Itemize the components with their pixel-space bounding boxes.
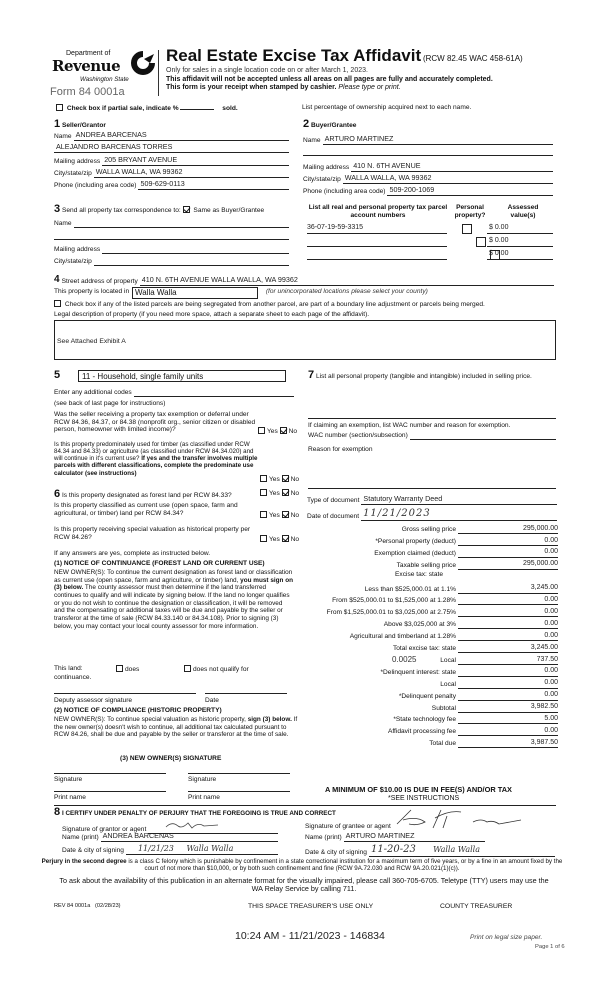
seller-mailing-row: Mailing address 205 BRYANT AVENUE — [54, 156, 289, 166]
state-tax-row-label: Agricultural and timberland at 1.28% — [300, 633, 458, 641]
final-tax-row-value[interactable]: 0.00 — [490, 727, 558, 736]
tax-row-value[interactable]: 0.00 — [490, 548, 558, 557]
state-tax-row-value[interactable]: 3,245.00 — [490, 584, 558, 593]
forest-q1: 6 Is this property designated as forest … — [54, 488, 232, 501]
street-address-field[interactable]: 410 N. 6TH AVENUE WALLA WALLA, WA 99362 — [140, 276, 554, 286]
state-tax-row-value[interactable]: 0.00 — [490, 596, 558, 605]
receipt-stamp: 10:24 AM - 11/21/2023 - 146834 — [235, 930, 385, 943]
corr-city-field[interactable] — [94, 258, 289, 266]
corr-mailing-field[interactable] — [102, 246, 289, 254]
exemption-answer: Yes No — [258, 427, 297, 436]
street-address-label: Street address of property — [62, 278, 138, 286]
if-yes-note: If any answers are yes, complete as inst… — [54, 550, 210, 558]
section-8-number: 8 — [54, 806, 60, 818]
parcel-number-field[interactable]: 36-07-19-59-3315 — [307, 224, 447, 234]
legal-description-box[interactable]: See Attached Exhibit A — [54, 320, 556, 360]
grantee-city: Walla Walla — [433, 845, 480, 854]
corr-mailing-label: Mailing address — [54, 246, 100, 254]
certify-heading: 8 I CERTIFY UNDER PENALTY OF PERJURY THA… — [54, 806, 336, 819]
dor-swoosh-icon — [130, 50, 156, 76]
new-owner-sig-label-1: Signature — [54, 776, 82, 784]
state-tax-row-label: Total excise tax: state — [300, 645, 458, 653]
buyer-mailing-row: Mailing address 410 N. 6TH AVENUE — [303, 162, 553, 172]
forest-q3-yes-label: Yes — [269, 536, 280, 543]
legal-description-label: Legal description of property (if you ne… — [54, 311, 369, 319]
grantor-name-field[interactable]: ANDREA BARCENAS — [101, 832, 278, 842]
additional-codes-field[interactable] — [134, 389, 294, 397]
buyer-phone-row: Phone (including area code) 509-200-1069 — [303, 186, 553, 196]
timber-yes-checkbox[interactable] — [260, 475, 267, 482]
grantee-signature[interactable] — [393, 820, 555, 831]
seller-city-label: City/state/zip — [54, 170, 92, 178]
new-owner-print-line-1[interactable] — [54, 791, 166, 792]
grantee-date: 11-20-23 — [371, 844, 416, 855]
parcel-col-header-assessed: Assessed value(s) — [496, 204, 550, 220]
additional-codes-label: Enter any additional codes — [54, 389, 132, 397]
header-divider — [158, 50, 159, 96]
timber-answer: Yes No — [260, 475, 299, 484]
reason-line[interactable] — [308, 488, 556, 489]
new-owner-sig-line-2[interactable] — [188, 773, 290, 774]
grantee-name-label: Name (print) — [305, 834, 342, 842]
forest-q1-text: Is this property designated as forest la… — [62, 492, 232, 499]
continuance-label: continuance. — [54, 674, 91, 682]
grantee-sig-row: Signature of grantee or agent — [305, 820, 555, 831]
forest-q1-yes-checkbox[interactable] — [260, 489, 267, 496]
parcel-number-field[interactable] — [307, 250, 447, 260]
grantee-date-row: Date & city of signing 11-20-23 Walla Wa… — [305, 844, 555, 857]
section-3-number: 3 — [54, 203, 60, 215]
alternate-format-notice: To ask about the availability of this pu… — [54, 877, 554, 893]
buyer-heading: 2 Buyer/Grantee — [303, 118, 356, 131]
form-title-block: Real Estate Excise Tax Affidavit (RCW 82… — [166, 46, 596, 93]
washington-state-label: Washington State — [80, 76, 129, 83]
located-in-label: This property is located in — [54, 288, 129, 295]
buyer-city-label: City/state/zip — [303, 176, 341, 184]
state-tax-row: Total excise tax: state 3,245.00 — [300, 641, 558, 653]
header-line-1: Only for sales in a single location code… — [166, 67, 596, 75]
exemption-no-checkbox[interactable] — [280, 427, 287, 434]
parcel-personal-checkbox[interactable] — [476, 237, 486, 247]
perjury-text: is a class C felony which is punishable … — [128, 858, 562, 872]
revenue-label: Revenue — [52, 57, 120, 75]
buyer-name-row-2 — [303, 148, 553, 156]
personal-property-line[interactable] — [308, 418, 556, 419]
tax-row-value[interactable]: 0.00 — [490, 537, 558, 546]
seller-heading-label: Seller/Grantor — [62, 122, 106, 129]
section-2-number: 2 — [303, 118, 309, 130]
grantor-signature-scribble-icon — [164, 820, 224, 830]
final-tax-row: Affidavit processing fee 0.00 — [300, 724, 558, 736]
deputy-date-label: Date — [205, 697, 219, 705]
state-tax-row-label: Above $3,025,000 at 3% — [300, 621, 458, 629]
corr-name-row: Name — [54, 220, 289, 228]
grantee-signature-scribble-icon — [395, 806, 525, 830]
notice2-body: NEW OWNER(S): To continue special valuat… — [54, 716, 299, 739]
final-tax-row: Local 0.00 — [300, 677, 558, 689]
exemption-yes-checkbox[interactable] — [258, 427, 265, 434]
section-4-number: 4 — [54, 274, 60, 286]
state-tax-row: Above $3,025,000 at 3% 0.00 — [300, 617, 558, 629]
final-tax-row-leader — [458, 747, 490, 748]
buyer-phone-label: Phone (including area code) — [303, 188, 385, 196]
treasurer-use-label: THIS SPACE TREASURER'S USE ONLY — [248, 903, 373, 911]
corr-city-label: City/state/zip — [54, 258, 92, 266]
page-number: Page 1 of 6 — [535, 944, 565, 951]
forest-q1-no-checkbox[interactable] — [282, 489, 289, 496]
located-in-select[interactable]: Walla Walla — [132, 287, 258, 299]
state-tax-row-value[interactable]: 0.00 — [490, 608, 558, 617]
grantor-name-row: Name (print) ANDREA BARCENAS — [62, 832, 278, 842]
exemption-question: Was the seller receiving a property tax … — [54, 411, 264, 434]
notice2-text-a: NEW OWNER(S): To continue special valuat… — [54, 716, 246, 723]
forest-q2-no-label: No — [291, 512, 299, 519]
reason-label: Reason for exemption — [308, 446, 373, 454]
wac-field[interactable] — [410, 432, 556, 440]
section-7-number: 7 — [308, 369, 314, 381]
seller-phone[interactable]: 509-629-0113 — [138, 180, 289, 190]
street-address-row: 4 Street address of property 410 N. 6TH … — [54, 274, 554, 286]
perjury-notice: Perjury in the second degree is a class … — [36, 858, 568, 873]
grantee-date-label: Date & city of signing — [305, 849, 367, 857]
section-5-number: 5 — [54, 369, 60, 381]
final-tax-row-value[interactable]: 3,982.50 — [490, 703, 558, 712]
tax-row: Taxable selling price 295,000.00 — [300, 558, 558, 570]
final-tax-row-label: Subtotal — [300, 705, 458, 713]
new-owner-sig-line-1[interactable] — [54, 773, 166, 774]
located-in-row: This property is located in Walla Walla … — [54, 287, 428, 299]
doc-date-field[interactable]: 11/21/2023 — [361, 508, 557, 521]
personal-property-label: List all personal property (tangible and… — [316, 373, 532, 380]
located-in-note: (for unincorporated locations please sel… — [266, 288, 428, 295]
final-tax-row-value[interactable]: 0.00 — [490, 691, 558, 700]
buyer-name-row: Name ARTURO MARTINEZ — [303, 135, 553, 145]
forest-q2-answer: Yes No — [260, 511, 299, 520]
segregated-label: Check box if any of the listed parcels a… — [65, 301, 485, 308]
grantor-date: 11/21/23 — [138, 844, 174, 853]
deputy-date-line[interactable] — [205, 693, 287, 694]
minimum-due-note: A MINIMUM OF $10.00 IS DUE IN FEE(S) AND… — [325, 786, 512, 795]
tax-row-label: Gross selling price — [300, 526, 458, 534]
exemption-yes-label: Yes — [267, 428, 278, 435]
buyer-name-2[interactable] — [303, 148, 553, 156]
tax-row-leader — [458, 569, 490, 570]
state-tax-row: Agricultural and timberland at 1.28% 0.0… — [300, 629, 558, 641]
state-tax-row: From $1,525,000.01 to $3,025,000 at 2.75… — [300, 605, 558, 617]
use-code-row: 5 — [54, 369, 60, 382]
section-1-number: 1 — [54, 118, 60, 130]
seller-name-1[interactable]: ANDREA BARCENAS — [74, 131, 289, 141]
additional-codes-note: (see back of last page for instructions) — [54, 400, 165, 408]
forest-q2-no-checkbox[interactable] — [282, 511, 289, 518]
grantee-name-row: Name (print) ARTURO MARTINEZ — [305, 832, 485, 842]
seller-name-label: Name — [54, 133, 72, 141]
deputy-sig-label: Deputy assessor signature — [54, 697, 132, 705]
tax-row: Exemption claimed (deduct) 0.00 — [300, 546, 558, 558]
grantor-date-city-field[interactable]: 11/21/23 Walla Walla — [126, 844, 278, 855]
seller-name-row-2: ALEJANDRO BARCENAS TORRES — [54, 143, 289, 153]
local-tax-row: Local 737.50 — [300, 653, 558, 665]
seller-mailing-address[interactable]: 205 BRYANT AVENUE — [102, 156, 289, 166]
grantor-city: Walla Walla — [186, 844, 233, 853]
final-tax-row-label: Total due — [300, 740, 458, 748]
form-title-ref: (RCW 82.45 WAC 458-61A) — [423, 54, 523, 63]
new-owner-print-label-1: Print name — [54, 794, 86, 802]
final-tax-row: Total due 3,987.50 — [300, 736, 558, 748]
final-tax-row-label: Affidavit processing fee — [300, 728, 458, 736]
timber-yes-label: Yes — [269, 476, 280, 483]
buyer-name-label: Name — [303, 137, 321, 145]
does-not-qualify-checkbox[interactable] — [184, 665, 191, 672]
doc-type-label: Type of document — [307, 497, 359, 505]
legal-description-text: See Attached Exhibit A — [57, 338, 126, 346]
forest-q1-yes-label: Yes — [269, 490, 280, 497]
ownership-note: List percentage of ownership acquired ne… — [302, 104, 471, 112]
seller-mailing-label: Mailing address — [54, 158, 100, 166]
partial-sale-row: Check box if partial sale, indicate % so… — [56, 104, 238, 113]
corr-mailing-row: Mailing address — [54, 246, 289, 254]
exemption-no-label: No — [289, 428, 297, 435]
new-owner-sig-label-2: Signature — [188, 776, 216, 784]
buyer-city-state-zip[interactable]: WALLA WALLA, WA 99362 — [343, 174, 553, 184]
does-not-qualify-label: does not qualify for — [193, 666, 249, 673]
state-tax-row-label: From $1,525,000.01 to $3,025,000 at 2.75… — [300, 609, 458, 617]
excise-state-heading: Excise tax: state — [395, 571, 443, 579]
county-treasurer-label: COUNTY TREASURER — [440, 903, 512, 911]
partial-sale-suffix: sold. — [222, 105, 237, 112]
doc-type-field[interactable]: Statutory Warranty Deed — [361, 495, 557, 505]
seller-name-2[interactable]: ALEJANDRO BARCENAS TORRES — [54, 143, 289, 153]
parcel-number-field[interactable] — [307, 237, 447, 247]
final-tax-row-value[interactable]: 5.00 — [490, 715, 558, 724]
state-tax-row-value[interactable]: 0.00 — [490, 632, 558, 641]
correspondence-label: Send all property tax correspondence to: — [62, 207, 181, 214]
wac-label: WAC number (section/subsection) — [308, 432, 408, 440]
timber-question: Is this property predominately used for … — [54, 441, 259, 477]
forest-q3-no-label: No — [291, 536, 299, 543]
buyer-mailing-label: Mailing address — [303, 164, 349, 172]
final-tax-row-value[interactable]: 3,987.50 — [490, 739, 558, 748]
corr-city-row: City/state/zip — [54, 258, 289, 266]
seller-phone-row: Phone (including area code) 509-629-0113 — [54, 180, 289, 190]
state-tax-row-value[interactable]: 0.00 — [490, 620, 558, 629]
corr-name-field-2[interactable] — [54, 232, 289, 240]
notice2-text-bold: sign (3) below. — [248, 716, 292, 723]
header-line-3-note: Please type or print. — [338, 84, 400, 91]
new-owner-print-line-2[interactable] — [188, 791, 290, 792]
final-tax-row: Subtotal 3,982.50 — [300, 701, 558, 713]
final-tax-row-label: *Delinquent penalty — [300, 693, 458, 701]
segregated-row: Check box if any of the listed parcels a… — [54, 300, 485, 309]
certify-heading-label: I CERTIFY UNDER PENALTY OF PERJURY THAT … — [62, 810, 336, 817]
forest-q2-yes-checkbox[interactable] — [260, 511, 267, 518]
rev-number: REV 84 0001a (02/28/23) — [54, 903, 121, 910]
final-tax-row-label: *State technology fee — [300, 716, 458, 724]
seller-city-row: City/state/zip WALLA WALLA, WA 99362 — [54, 168, 289, 178]
same-as-buyer-label: Same as Buyer/Grantee — [193, 207, 264, 214]
deputy-sig-line[interactable] — [54, 693, 196, 694]
local-tax-row-label: Local — [300, 657, 458, 665]
state-tax-row-label: Less than $525,000.01 at 1.1% — [300, 586, 458, 594]
final-tax-row: *Delinquent penalty 0.00 — [300, 689, 558, 701]
seller-phone-label: Phone (including area code) — [54, 182, 136, 190]
partial-sale-checkbox[interactable] — [56, 104, 63, 111]
final-tax-row-value[interactable]: 0.00 — [490, 667, 558, 676]
forest-q2-yes-label: Yes — [269, 512, 280, 519]
header-line-3: This form is your receipt when stamped b… — [166, 84, 336, 91]
correspondence-heading: 3 Send all property tax correspondence t… — [54, 203, 264, 216]
forest-q3-yes-checkbox[interactable] — [260, 535, 267, 542]
partial-sale-label: Check box if partial sale, indicate % — [67, 105, 179, 112]
tax-row-value[interactable]: 295,000.00 — [490, 560, 558, 569]
parcel-assessed-field[interactable]: $ 0.00 — [487, 224, 553, 234]
this-land-row: This land: does does not qualify for — [54, 665, 294, 673]
buyer-phone[interactable]: 509-200-1069 — [387, 186, 553, 196]
does-qualify-label: does — [125, 666, 139, 673]
buyer-name-1[interactable]: ARTURO MARTINEZ — [323, 135, 553, 145]
corr-name-label: Name — [54, 220, 72, 228]
forest-q2: Is this property classified as current u… — [54, 502, 254, 518]
see-instructions-note: *SEE INSTRUCTIONS — [388, 795, 459, 803]
local-tax-row-value[interactable]: 737.50 — [490, 656, 558, 665]
print-note: Print on legal size paper. — [470, 934, 542, 942]
notice2-title: (2) NOTICE OF COMPLIANCE (HISTORIC PROPE… — [54, 707, 222, 715]
buyer-heading-label: Buyer/Grantee — [311, 122, 356, 129]
tax-row-label: Taxable selling price — [300, 562, 458, 570]
new-owner-print-label-2: Print name — [188, 794, 220, 802]
state-tax-row: From $525,000.01 to $1,525,000 at 1.28% … — [300, 593, 558, 605]
notice1-text-b: The county assessor must then determine … — [54, 584, 290, 629]
notice1-title: (1) NOTICE OF CONTINUANCE (FOREST LAND O… — [54, 560, 265, 568]
additional-codes-row: Enter any additional codes — [54, 389, 294, 397]
state-tax-row-value[interactable]: 3,245.00 — [490, 644, 558, 653]
same-as-buyer-checkbox[interactable] — [183, 206, 190, 213]
grantor-date-label: Date & city of signing — [62, 847, 124, 855]
seller-name-row: Name ANDREA BARCENAS — [54, 131, 289, 141]
timber-no-label: No — [291, 476, 299, 483]
buyer-city-row: City/state/zip WALLA WALLA, WA 99362 — [303, 174, 553, 184]
corr-name-row-2 — [54, 232, 289, 240]
tax-row-label: *Personal property (deduct) — [300, 538, 458, 546]
dor-logo: Department of Revenue Washington State F… — [52, 48, 162, 100]
section-6-number: 6 — [54, 488, 60, 500]
notice1-body: NEW OWNER(S): To continue the current de… — [54, 569, 294, 631]
forest-q3: Is this property receiving special valua… — [54, 526, 254, 542]
forest-q3-no-checkbox[interactable] — [282, 535, 289, 542]
tax-row: *Personal property (deduct) 0.00 — [300, 534, 558, 546]
grantee-sig-label: Signature of grantee or agent — [305, 823, 391, 831]
tax-row-value[interactable]: 295,000.00 — [490, 525, 558, 534]
final-tax-row-value[interactable]: 0.00 — [490, 679, 558, 688]
use-code-select[interactable]: 11 - Household, single family units — [78, 370, 286, 382]
state-tax-row-label: From $525,000.01 to $1,525,000 at 1.28% — [300, 597, 458, 605]
exemption-note: If claiming an exemption, list WAC numbe… — [308, 422, 510, 430]
timber-no-checkbox[interactable] — [282, 475, 289, 482]
forest-q1-no-label: No — [291, 490, 299, 497]
perjury-bold: Perjury in the second degree — [42, 858, 127, 865]
tax-row-label: Exemption claimed (deduct) — [300, 550, 458, 558]
personal-property-heading: 7 List all personal property (tangible a… — [308, 369, 558, 383]
grantee-date-city-field[interactable]: 11-20-23 Walla Walla — [369, 844, 555, 857]
new-owner-signature-title: (3) NEW OWNER(S) SIGNATURE — [120, 755, 221, 763]
does-qualify-checkbox[interactable] — [116, 665, 123, 672]
state-tax-row: Less than $525,000.01 at 1.1% 3,245.00 — [300, 582, 558, 594]
parcel-assessed-field[interactable]: $ 0.00 — [487, 237, 553, 247]
form-title: Real Estate Excise Tax Affidavit — [166, 46, 421, 65]
doc-date-row: Date of document 11/21/2023 — [307, 508, 557, 521]
grantor-date-row: Date & city of signing 11/21/23 Walla Wa… — [62, 844, 278, 855]
doc-type-row: Type of document Statutory Warranty Deed — [307, 495, 557, 505]
form-number: Form 84 0001a — [50, 86, 125, 99]
final-tax-row-label: *Delinquent interest: state — [300, 669, 458, 677]
parcel-col-header-numbers: List all real and personal property tax … — [308, 204, 448, 220]
final-tax-row: *Delinquent interest: state 0.00 — [300, 665, 558, 677]
header-line-2: This affidavit will not be accepted unle… — [166, 76, 596, 84]
this-land-label: This land: — [54, 665, 83, 672]
corr-name-field[interactable] — [74, 220, 289, 228]
parcel-col-header-personal: Personal property? — [450, 204, 490, 220]
final-tax-row: *State technology fee 5.00 — [300, 712, 558, 724]
parcel-personal-checkbox[interactable] — [462, 224, 472, 234]
forest-q3-answer: Yes No — [260, 535, 299, 544]
parcel-assessed-field[interactable]: $ 0.00 — [487, 250, 553, 260]
forest-q1-answer: Yes No — [260, 489, 299, 498]
buyer-mailing-address[interactable]: 410 N. 6TH AVENUE — [351, 162, 553, 172]
partial-sale-percent[interactable] — [180, 109, 214, 110]
final-tax-row-label: Local — [300, 681, 458, 689]
tax-row: Gross selling price 295,000.00 — [300, 522, 558, 534]
seller-city-state-zip[interactable]: WALLA WALLA, WA 99362 — [94, 168, 289, 178]
wac-row: WAC number (section/subsection) — [308, 432, 556, 440]
segregated-checkbox[interactable] — [54, 300, 61, 307]
grantee-name-field[interactable]: ARTURO MARTINEZ — [344, 832, 485, 842]
doc-date-label: Date of document — [307, 513, 359, 521]
grantor-name-label: Name (print) — [62, 834, 99, 842]
